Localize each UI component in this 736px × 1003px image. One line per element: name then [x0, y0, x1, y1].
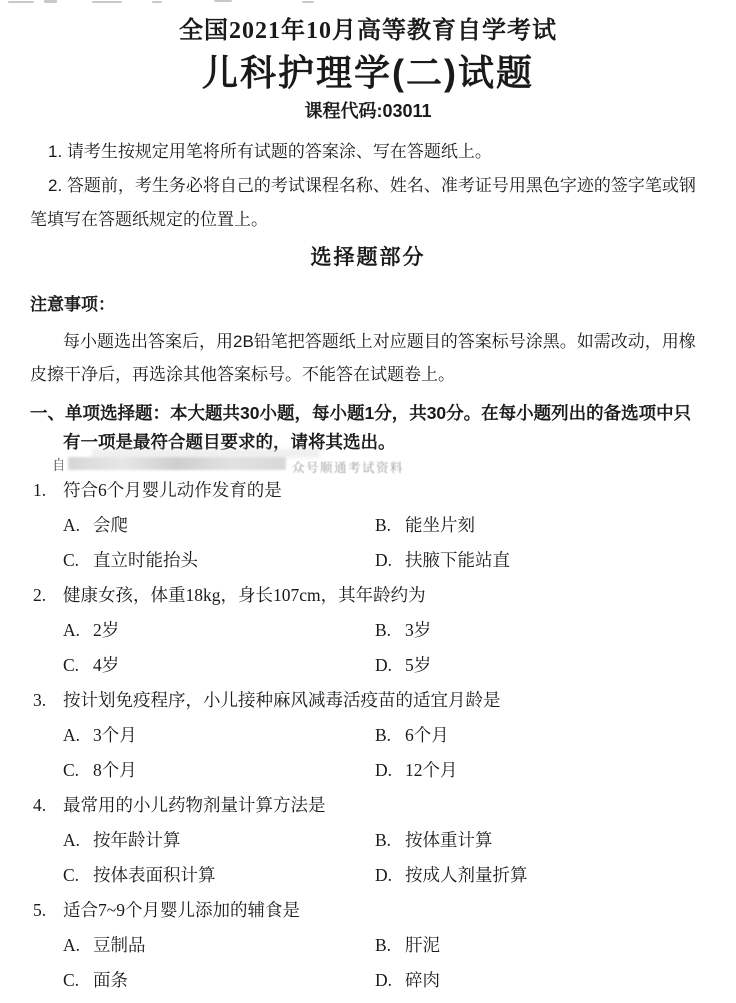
option-label: A.: [63, 508, 93, 543]
option-text: 能坐片刻: [405, 515, 475, 535]
question-text: 适合7~9个月婴儿添加的辅食是: [63, 900, 300, 920]
watermark-fragment: 自: [52, 455, 63, 475]
option-label: D.: [375, 543, 405, 578]
exam-paper-page: 全国2021年10月高等教育自学考试 儿科护理学(二)试题 课程代码:03011…: [0, 0, 736, 1003]
option-text: 会爬: [93, 515, 128, 535]
option-text: 面条: [93, 970, 128, 990]
option-b: B.6个月: [375, 718, 706, 753]
option-text: 按体表面积计算: [93, 865, 216, 885]
option-label: C.: [63, 753, 93, 788]
option-b: B.肝泥: [375, 928, 706, 963]
option-text: 直立时能抬头: [93, 550, 198, 570]
option-d: D.按成人剂量折算: [375, 858, 706, 893]
section-title: 选择题部分: [30, 243, 706, 273]
option-c: C.按体表面积计算: [63, 858, 375, 893]
option-label: B.: [375, 718, 405, 753]
option-text: 豆制品: [93, 935, 146, 955]
option-c: C.面条: [63, 963, 375, 998]
option-text: 6个月: [405, 725, 449, 745]
option-text: 2岁: [93, 620, 119, 640]
option-label: D.: [375, 858, 405, 893]
option-label: B.: [375, 823, 405, 858]
option-b: B.能坐片刻: [375, 508, 706, 543]
option-c: C.直立时能抬头: [63, 543, 375, 578]
option-label: A.: [63, 928, 93, 963]
notice-body: 每小题选出答案后，用2B铅笔把答题纸上对应题目的答案标号涂黑。如需改动，用橡皮擦…: [30, 325, 706, 391]
question-number: 1.: [33, 473, 63, 508]
general-instruction-1: 1. 请考生按规定用笔将所有试题的答案涂、写在答题纸上。: [30, 135, 706, 169]
option-a: A.豆制品: [63, 928, 375, 963]
question-5: 5.适合7~9个月婴儿添加的辅食是 A.豆制品 B.肝泥 C.面条 D.碎肉: [30, 893, 706, 998]
option-label: C.: [63, 858, 93, 893]
option-label: A.: [63, 613, 93, 648]
question-3: 3.按计划免疫程序，小儿接种麻风减毒活疫苗的适宜月龄是 A.3个月 B.6个月 …: [30, 683, 706, 788]
option-text: 按成人剂量折算: [405, 865, 528, 885]
option-label: D.: [375, 648, 405, 683]
option-label: B.: [375, 613, 405, 648]
watermark-blur-bar: [68, 457, 286, 470]
option-text: 3个月: [93, 725, 137, 745]
option-c: C.8个月: [63, 753, 375, 788]
question-number: 4.: [33, 788, 63, 823]
option-a: A.3个月: [63, 718, 375, 753]
question-4: 4.最常用的小儿药物剂量计算方法是 A.按年龄计算 B.按体重计算 C.按体表面…: [30, 788, 706, 893]
option-label: B.: [375, 508, 405, 543]
option-d: D.12个月: [375, 753, 706, 788]
watermark-strip: 自 众号顺通考试资料: [30, 457, 706, 473]
watermark-text: 众号顺通考试资料: [292, 458, 404, 476]
option-text: 按年龄计算: [93, 830, 181, 850]
question-text: 符合6个月婴儿动作发育的是: [63, 480, 282, 500]
option-label: D.: [375, 753, 405, 788]
option-d: D.碎肉: [375, 963, 706, 998]
question-number: 3.: [33, 683, 63, 718]
option-label: A.: [63, 823, 93, 858]
option-text: 4岁: [93, 655, 119, 675]
option-a: A.会爬: [63, 508, 375, 543]
option-label: C.: [63, 543, 93, 578]
option-label: B.: [375, 928, 405, 963]
option-c: C.4岁: [63, 648, 375, 683]
question-text: 按计划免疫程序，小儿接种麻风减毒活疫苗的适宜月龄是: [63, 690, 501, 710]
option-label: A.: [63, 718, 93, 753]
option-text: 扶腋下能站直: [405, 550, 510, 570]
question-list: 1.符合6个月婴儿动作发育的是 A.会爬 B.能坐片刻 C.直立时能抬头 D.扶…: [30, 473, 706, 998]
option-label: C.: [63, 648, 93, 683]
option-text: 12个月: [405, 760, 458, 780]
option-b: B.3岁: [375, 613, 706, 648]
option-text: 碎肉: [405, 970, 440, 990]
question-2: 2.健康女孩，体重18kg，身长107cm，其年龄约为 A.2岁 B.3岁 C.…: [30, 578, 706, 683]
question-1: 1.符合6个月婴儿动作发育的是 A.会爬 B.能坐片刻 C.直立时能抬头 D.扶…: [30, 473, 706, 578]
question-text: 健康女孩，体重18kg，身长107cm，其年龄约为: [63, 585, 426, 605]
option-label: D.: [375, 963, 405, 998]
question-number: 2.: [33, 578, 63, 613]
option-label: C.: [63, 963, 93, 998]
option-d: D.5岁: [375, 648, 706, 683]
option-text: 5岁: [405, 655, 431, 675]
general-instruction-2: 2. 答题前，考生务必将自己的考试课程名称、姓名、准考证号用黑色字迹的签字笔或钢…: [30, 169, 706, 237]
option-d: D.扶腋下能站直: [375, 543, 706, 578]
option-a: A.按年龄计算: [63, 823, 375, 858]
option-b: B.按体重计算: [375, 823, 706, 858]
option-text: 肝泥: [405, 935, 440, 955]
exam-session-title: 全国2021年10月高等教育自学考试: [30, 16, 706, 46]
exam-subject-title: 儿科护理学(二)试题: [30, 50, 706, 96]
option-text: 按体重计算: [405, 830, 493, 850]
notice-heading: 注意事项：: [30, 293, 706, 317]
option-text: 3岁: [405, 620, 431, 640]
option-text: 8个月: [93, 760, 137, 780]
question-number: 5.: [33, 893, 63, 928]
question-text: 最常用的小儿药物剂量计算方法是: [63, 795, 326, 815]
course-code: 课程代码:03011: [30, 99, 706, 123]
option-a: A.2岁: [63, 613, 375, 648]
